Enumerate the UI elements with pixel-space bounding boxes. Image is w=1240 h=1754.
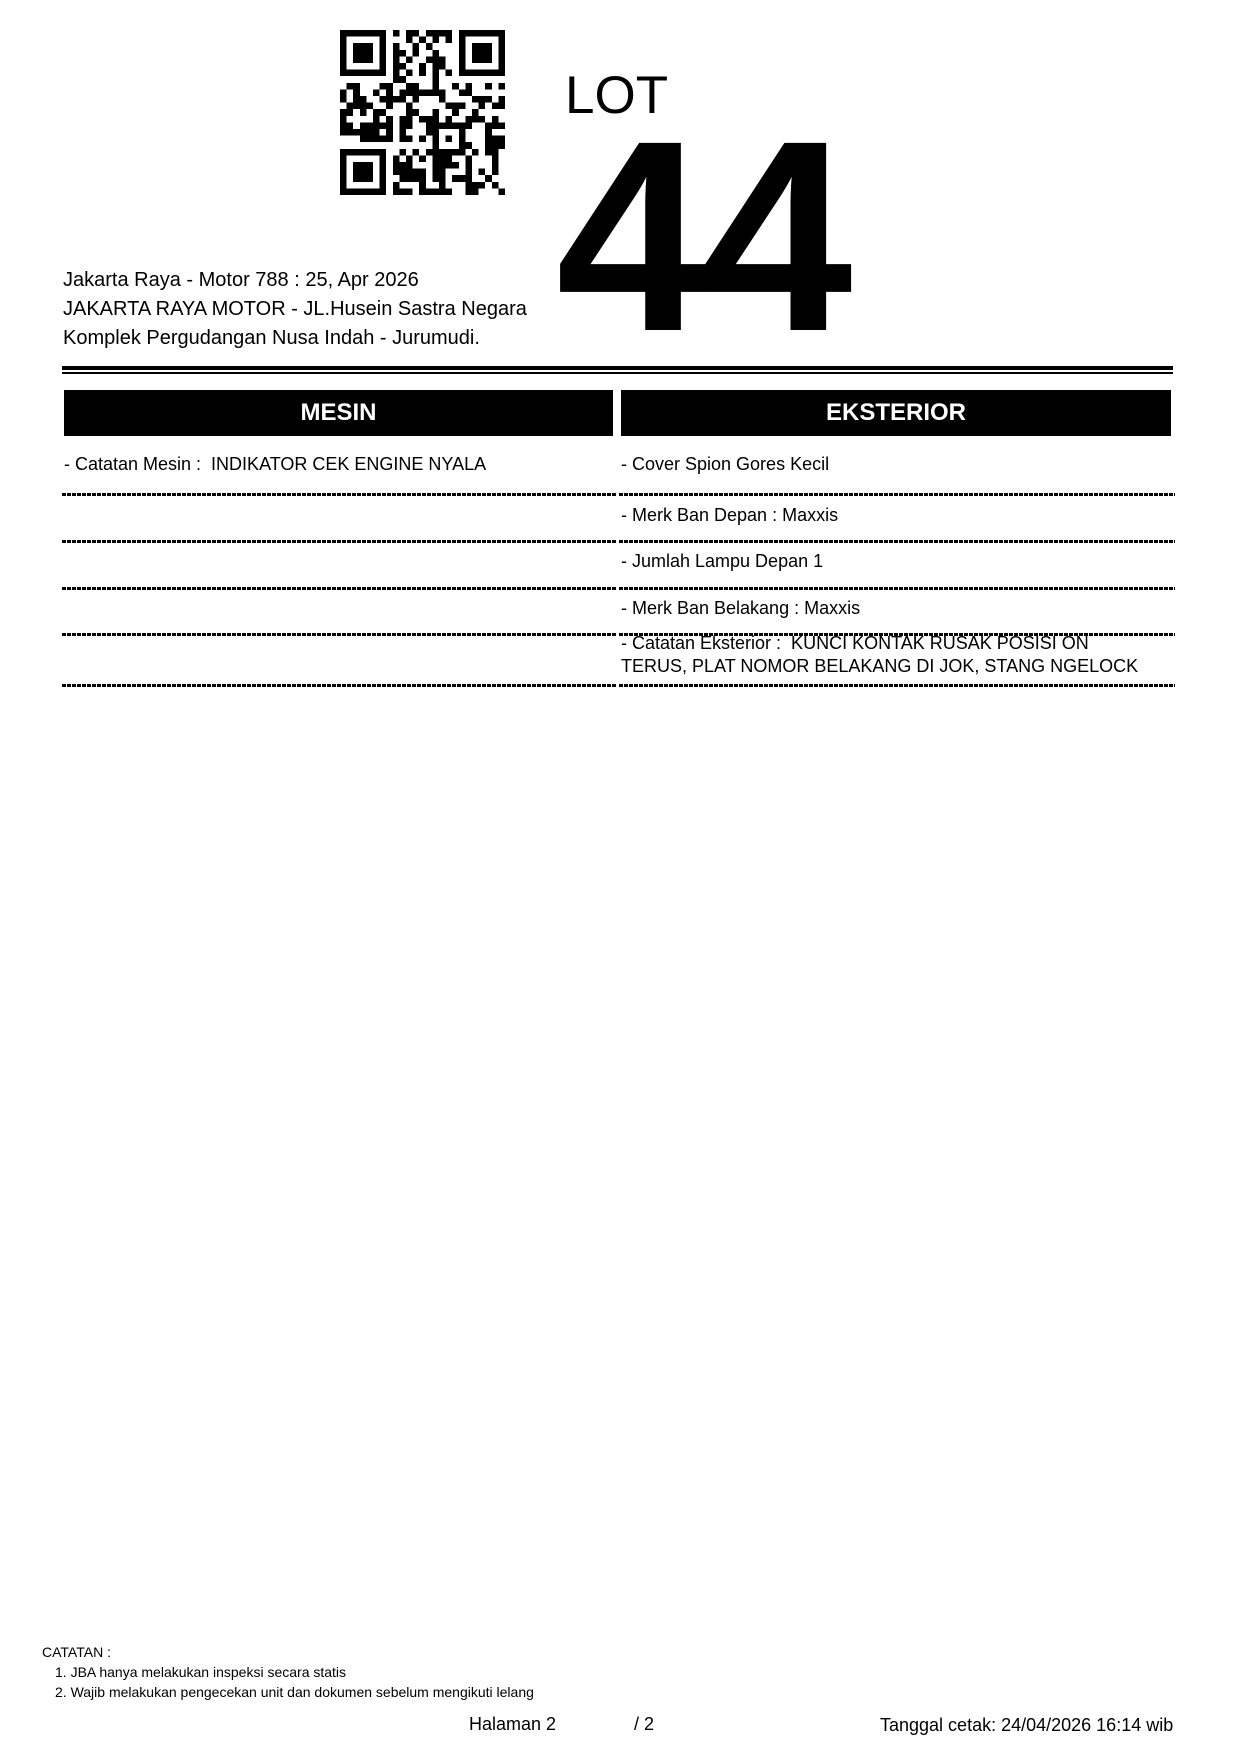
qr-code-icon <box>340 30 505 195</box>
dotted-divider <box>62 587 617 590</box>
dotted-divider <box>62 540 617 543</box>
mesin-section: MESIN - Catatan Mesin : INDIKATOR CEK EN… <box>64 390 613 696</box>
eksterior-header: EKSTERIOR <box>621 390 1171 436</box>
header-divider-thick <box>62 366 1173 370</box>
dotted-divider <box>62 684 617 687</box>
note-item: 1. JBA hanya melakukan inspeksi secara s… <box>42 1662 534 1682</box>
dotted-divider <box>62 633 617 636</box>
dotted-divider <box>619 587 1175 590</box>
eksterior-section: EKSTERIOR - Cover Spion Gores Kecil- Mer… <box>621 390 1171 696</box>
mesin-header: MESIN <box>64 390 613 436</box>
eksterior-row-text: - Merk Ban Depan : Maxxis <box>621 504 838 527</box>
page-total: / 2 <box>634 1713 654 1735</box>
page-number: Halaman 2 <box>469 1713 556 1735</box>
header-divider-thin <box>62 372 1173 374</box>
eksterior-row-text: - Catatan Eksterior : KUNCI KONTAK RUSAK… <box>621 632 1138 678</box>
dotted-divider <box>619 540 1175 543</box>
dotted-divider <box>619 684 1175 687</box>
auction-info-line: Jakarta Raya - Motor 788 : 25, Apr 2026 <box>63 268 419 292</box>
address-line: JAKARTA RAYA MOTOR - JL.Husein Sastra Ne… <box>63 297 527 321</box>
notes-title: CATATAN : <box>42 1642 534 1662</box>
dotted-divider <box>62 493 617 496</box>
eksterior-row-text: - Merk Ban Belakang : Maxxis <box>621 597 860 620</box>
print-date: Tanggal cetak: 24/04/2026 16:14 wib <box>880 1714 1173 1736</box>
eksterior-rows: - Cover Spion Gores Kecil- Merk Ban Depa… <box>621 436 1171 696</box>
eksterior-row-text: - Cover Spion Gores Kecil <box>621 453 829 476</box>
mesin-rows: - Catatan Mesin : INDIKATOR CEK ENGINE N… <box>64 436 613 696</box>
note-item: 2. Wajib melakukan pengecekan unit dan d… <box>42 1682 534 1702</box>
mesin-row-text: - Catatan Mesin : INDIKATOR CEK ENGINE N… <box>64 453 486 476</box>
dotted-divider <box>619 493 1175 496</box>
address-line: Komplek Pergudangan Nusa Indah - Jurumud… <box>63 326 480 350</box>
lot-number: 44 <box>556 96 847 376</box>
footer-notes: CATATAN : 1. JBA hanya melakukan inspeks… <box>42 1642 534 1702</box>
eksterior-row-text: - Jumlah Lampu Depan 1 <box>621 550 823 573</box>
